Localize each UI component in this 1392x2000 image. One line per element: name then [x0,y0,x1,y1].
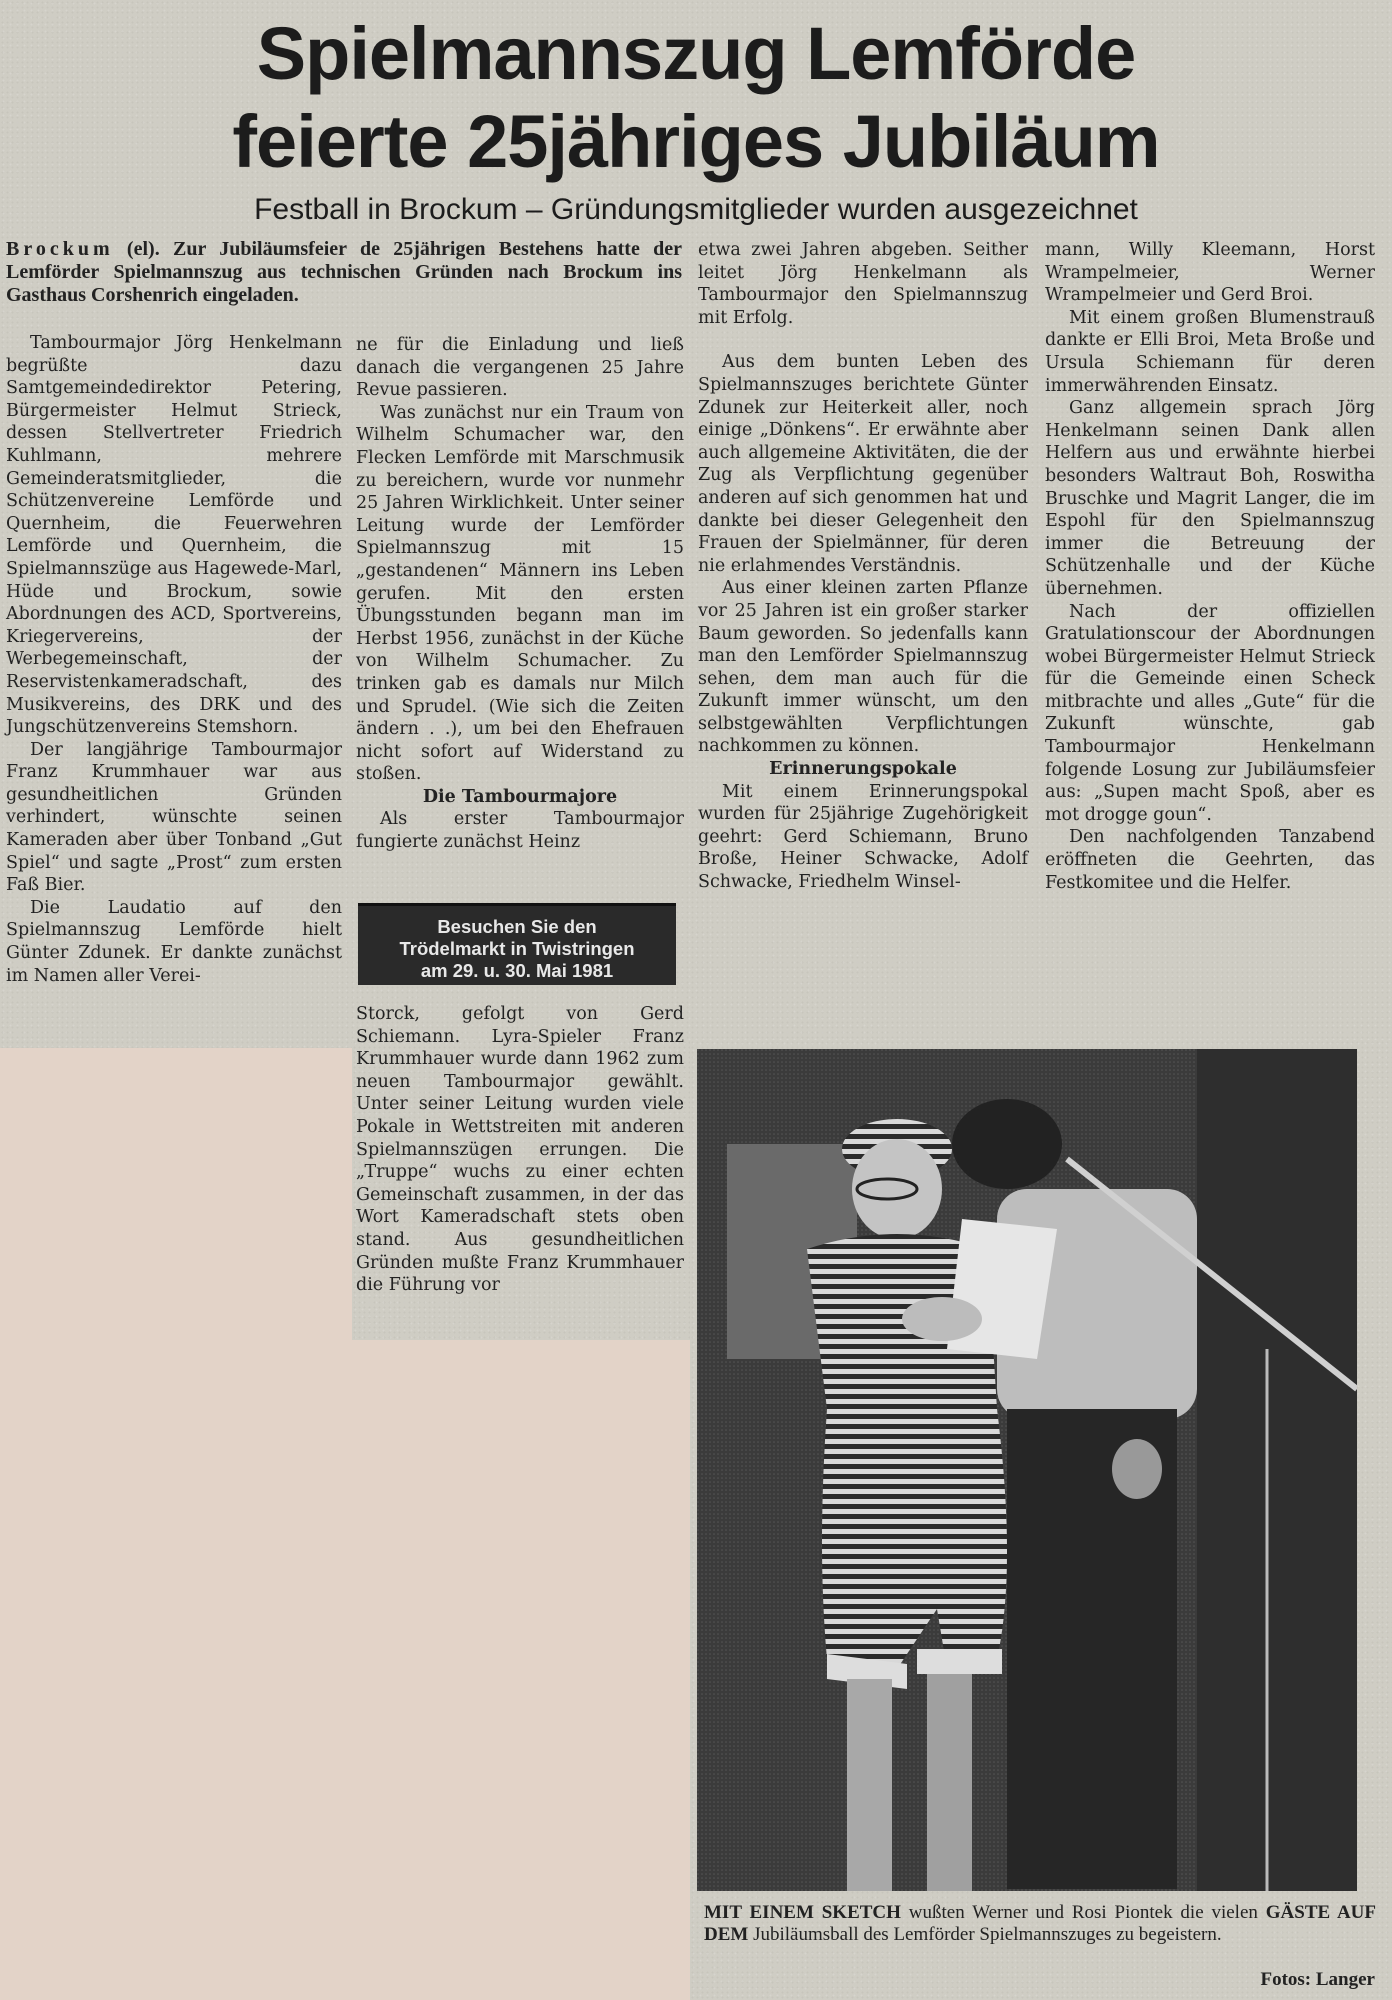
ad-line-2: Trödelmarkt in Twistringen [358,938,676,960]
paragraph: Mit einem großen Blumenstrauß dankte er … [1045,307,1375,397]
paragraph: Was zunächst nur ein Traum von Wilhelm S… [356,402,684,786]
column-3: etwa zwei Jahren abgeben. Seither leitet… [698,239,1028,894]
headline-line-1: Spielmannszug Lemförde [0,8,1392,100]
column-4: mann, Willy Kleemann, Horst Wrampelmeier… [1045,239,1375,894]
column-1: Tambourmajor Jörg Henkelmann begrüßte da… [6,332,342,987]
paragraph: Aus einer kleinen zarten Pflanze vor 25 … [698,577,1028,758]
column-2: ne für die Einladung und ließ danach die… [356,334,684,854]
paragraph: Mit einem Erinnerungspokal wurden für 25… [698,781,1028,894]
paragraph: Als erster Tambourmajor fungierte zunäch… [356,808,684,853]
caption-text-2: Jubiläumsball des Lemförder Spielmannszu… [748,1924,1221,1945]
subheading-erinnerungspokale: Erinnerungspokale [698,758,1028,781]
paragraph: Den nachfolgenden Tanzabend eröffneten d… [1045,826,1375,894]
paragraph-continuation: Storck, gefolgt von Gerd Schiemann. Lyra… [356,1003,684,1297]
paragraph-continuation: etwa zwei Jahren abgeben. Seither leitet… [698,239,1028,329]
paragraph: Tambourmajor Jörg Henkelmann begrüßte da… [6,332,342,739]
paragraph-continuation: ne für die Einladung und ließ danach die… [356,334,684,402]
paragraph: Die Laudatio auf den Spielmannszug Lemfö… [6,897,342,987]
photo-illustration [697,1049,1357,1891]
photo-caption: MIT EINEM SKETCH wußten Werner und Rosi … [704,1902,1376,1946]
headline-line-2: feierte 25jähriges Jubiläum [0,96,1392,188]
dateline: Brockum [6,238,114,260]
caption-caps-1: MIT EINEM SKETCH [704,1902,901,1923]
subheadline: Festball in Brockum – Gründungsmitgliede… [0,190,1392,230]
paragraph: Ganz allgemein sprach Jörg Henkelmann se… [1045,397,1375,600]
caption-text-1: wußten Werner und Rosi Piontek die viele… [901,1902,1266,1923]
subheading-tambourmajore: Die Tambourmajore [356,786,684,809]
column-2-continued: Storck, gefolgt von Gerd Schiemann. Lyra… [356,1003,684,1297]
ad-line-3: am 29. u. 30. Mai 1981 [358,960,676,982]
lead-paragraph: Brockum (el). Zur Jubiläumsfeier de 25jä… [6,238,682,307]
ad-line-1: Besuchen Sie den [358,916,676,938]
paragraph: Aus dem bunten Leben des Spielmannszuges… [698,351,1028,577]
paragraph: Nach der offiziellen Gratulationscour de… [1045,601,1375,827]
paragraph: Der langjährige Tambourmajor Franz Krumm… [6,739,342,897]
advertisement-box: Besuchen Sie den Trödelmarkt in Twistrin… [358,903,676,985]
photo-credit: Fotos: Langer [1215,1969,1375,1991]
paragraph-continuation: mann, Willy Kleemann, Horst Wrampelmeier… [1045,239,1375,307]
photo-sketch-performance [697,1049,1357,1891]
